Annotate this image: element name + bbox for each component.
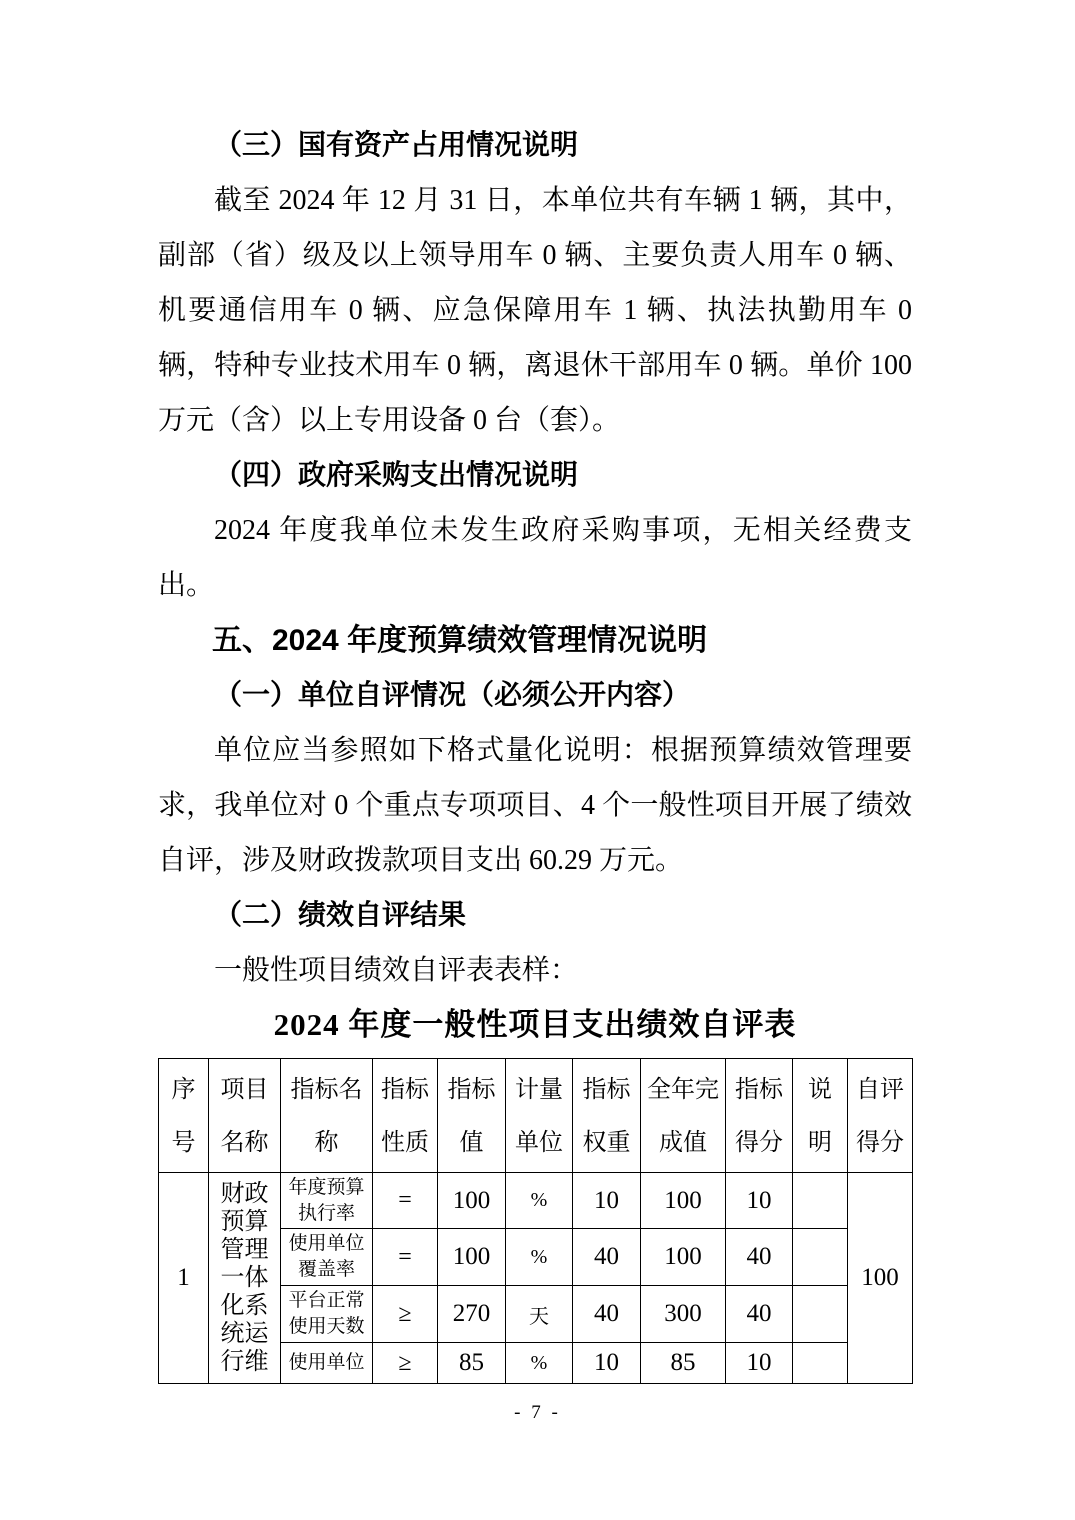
header-indicator-score: 指标 得分 [726,1059,793,1173]
cell-indicator-nature: ≥ [373,1286,438,1343]
cell-indicator-weight: 40 [573,1229,641,1286]
document-page: （三）国有资产占用情况说明 截至 2024 年 12 月 31 日，本单位共有车… [0,0,1075,1520]
document-content: （三）国有资产占用情况说明 截至 2024 年 12 月 31 日，本单位共有车… [0,0,1075,1384]
cell-measure-unit: % [506,1343,573,1384]
cell-indicator-value: 85 [438,1343,506,1384]
cell-annual-completed: 300 [641,1286,726,1343]
section-heading-state-assets: （三）国有资产占用情况说明 [158,118,912,173]
paragraph-self-evaluation: 单位应当参照如下格式量化说明：根据预算绩效管理要求，我单位对 0 个重点专项项目… [158,723,912,888]
cell-note [793,1229,848,1286]
table-title: 2024 年度一般性项目支出绩效自评表 [158,1000,912,1050]
paragraph-table-sample-note: 一般性项目绩效自评表表样： [158,943,912,998]
cell-indicator-score: 40 [726,1286,793,1343]
cell-measure-unit: % [506,1173,573,1229]
cell-indicator-weight: 10 [573,1173,641,1229]
section-heading-self-evaluation: （一）单位自评情况（必须公开内容） [158,668,912,723]
cell-indicator-nature: = [373,1173,438,1229]
cell-measure-unit: 天 [506,1286,573,1343]
cell-indicator-value: 270 [438,1286,506,1343]
cell-indicator-nature: ≥ [373,1343,438,1384]
cell-indicator-name: 使用单位 [281,1343,373,1384]
cell-indicator-weight: 10 [573,1343,641,1384]
cell-seq: 1 [159,1173,209,1384]
cell-note [793,1286,848,1343]
cell-annual-completed: 100 [641,1229,726,1286]
page-number: - 7 - [0,1402,1075,1424]
cell-indicator-value: 100 [438,1173,506,1229]
cell-indicator-score: 10 [726,1343,793,1384]
cell-project-name: 财政预算管理一体化系统运行维 [209,1173,281,1384]
table-header-row: 序 号 项目 名称 指标名 称 指标 性质 指标 值 计量 单位 指标 权重 全… [159,1059,913,1173]
cell-indicator-name: 使用单位 覆盖率 [281,1229,373,1286]
paragraph-state-assets: 截至 2024 年 12 月 31 日，本单位共有车辆 1 辆，其中，副部（省）… [158,173,912,448]
cell-note [793,1343,848,1384]
header-annual-completed: 全年完 成值 [641,1059,726,1173]
section-heading-procurement: （四）政府采购支出情况说明 [158,448,912,503]
section-heading-performance-management: 五、2024 年度预算绩效管理情况说明 [158,613,912,668]
cell-indicator-value: 100 [438,1229,506,1286]
self-evaluation-table: 序 号 项目 名称 指标名 称 指标 性质 指标 值 计量 单位 指标 权重 全… [158,1058,913,1384]
header-note: 说 明 [793,1059,848,1173]
header-self-score: 自评 得分 [848,1059,913,1173]
header-seq: 序 号 [159,1059,209,1173]
cell-indicator-name: 年度预算 执行率 [281,1173,373,1229]
header-indicator-nature: 指标 性质 [373,1059,438,1173]
cell-annual-completed: 100 [641,1173,726,1229]
header-indicator-value: 指标 值 [438,1059,506,1173]
cell-annual-completed: 85 [641,1343,726,1384]
cell-measure-unit: % [506,1229,573,1286]
cell-indicator-nature: = [373,1229,438,1286]
cell-indicator-score: 10 [726,1173,793,1229]
cell-self-score: 100 [848,1173,913,1384]
cell-note [793,1173,848,1229]
cell-indicator-name: 平台正常 使用天数 [281,1286,373,1343]
cell-indicator-score: 40 [726,1229,793,1286]
header-indicator-weight: 指标 权重 [573,1059,641,1173]
section-heading-self-evaluation-result: （二）绩效自评结果 [158,888,912,943]
cell-indicator-weight: 40 [573,1286,641,1343]
header-indicator-name: 指标名 称 [281,1059,373,1173]
indicator-row: 1 财政预算管理一体化系统运行维 年度预算 执行率 = 100 % 10 100… [159,1173,913,1229]
header-measure-unit: 计量 单位 [506,1059,573,1173]
header-project-name: 项目 名称 [209,1059,281,1173]
paragraph-procurement: 2024 年度我单位未发生政府采购事项，无相关经费支出。 [158,503,912,613]
